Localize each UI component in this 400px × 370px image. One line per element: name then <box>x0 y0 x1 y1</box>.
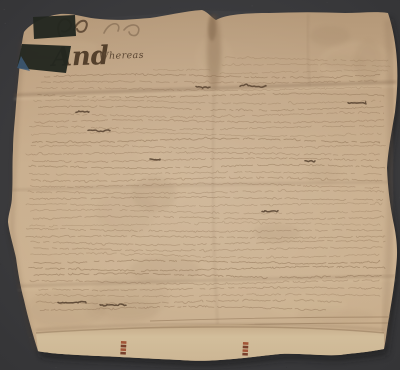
mottle-patch <box>254 223 300 243</box>
mottle-patch <box>296 309 374 323</box>
grain-dot <box>68 1 69 2</box>
grain-dot <box>5 23 6 24</box>
grain-dot <box>41 359 42 360</box>
grain-dot <box>3 234 4 235</box>
grain-dot <box>56 367 57 368</box>
grain-dot <box>351 11 352 12</box>
seal-tape-square <box>242 353 248 356</box>
photo-of-parchment-deed: And Whereas <box>0 0 400 370</box>
seal-tape-square <box>120 348 126 351</box>
seal-tape-square <box>243 342 249 345</box>
bold-word-mark <box>76 111 89 112</box>
grain-dot <box>0 264 1 265</box>
seal-tape-square <box>243 346 249 349</box>
fold-smudge-stain-core <box>208 15 216 41</box>
opening-word-whereas: Whereas <box>99 50 144 62</box>
bold-word-mark <box>150 159 160 160</box>
seal-tape-square <box>242 349 248 352</box>
seal-tape-square <box>121 341 127 344</box>
seal-tape-square <box>121 345 127 348</box>
surface-stain <box>354 40 382 84</box>
mottle-patch <box>96 189 156 235</box>
bold-word-mark <box>262 211 278 212</box>
grain-dot <box>170 7 171 8</box>
revenue-stamp <box>33 15 76 39</box>
grain-dot <box>327 2 328 3</box>
seal-tape-square <box>120 352 126 355</box>
grain-dot <box>4 9 5 10</box>
grain-dot <box>252 5 253 6</box>
grain-dot <box>286 367 287 368</box>
grain-dot <box>6 212 7 213</box>
parchment-photo-canvas: And Whereas <box>0 0 400 370</box>
mottle-patch <box>86 298 158 324</box>
surface-stain <box>310 26 350 46</box>
